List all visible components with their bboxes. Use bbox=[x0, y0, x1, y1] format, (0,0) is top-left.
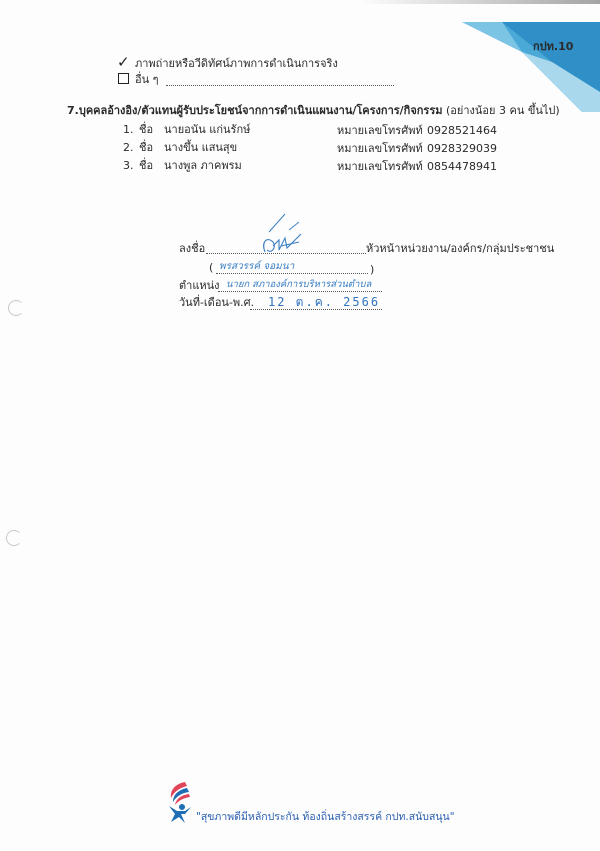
punch-hole bbox=[8, 300, 24, 316]
footer-slogan: "สุขภาพดีมีหลักประกัน ท้องถิ่นสร้างสรรค์… bbox=[196, 808, 455, 825]
other-checkbox[interactable] bbox=[118, 73, 129, 84]
health-fund-logo-icon bbox=[165, 780, 193, 824]
signature-scribble bbox=[255, 212, 305, 257]
date-label: วันที่-เดือน-พ.ศ. bbox=[179, 296, 254, 310]
person-3-phone: 0854478941 bbox=[427, 160, 497, 174]
person-1-index: 1. bbox=[123, 123, 134, 137]
sign-label: ลงชื่อ bbox=[179, 242, 205, 256]
punch-hole bbox=[6, 530, 22, 546]
person-2-index: 2. bbox=[123, 141, 134, 155]
scan-edge-shadow bbox=[360, 0, 600, 4]
printed-name-handwritten: พรสวรรค์ จอมนา bbox=[219, 259, 294, 274]
person-2-phone: 0928329039 bbox=[427, 142, 497, 156]
person-3-name: นางพูล ภาคพรม bbox=[164, 159, 242, 173]
close-paren: ) bbox=[370, 263, 374, 277]
person-3-phone-label: หมายเลขโทรศัพท์ bbox=[337, 160, 423, 174]
corner-decoration bbox=[462, 22, 600, 112]
person-3-index: 3. bbox=[123, 159, 134, 173]
other-dotted-line bbox=[166, 85, 394, 86]
signer-role: หัวหน้าหน่วยงาน/องค์กร/กลุ่มประชาชน bbox=[366, 242, 554, 256]
person-2-name-label: ชื่อ bbox=[139, 141, 153, 155]
date-handwritten: 12 ต.ค. 2566 bbox=[268, 293, 380, 312]
position-handwritten: นายก สภาองค์การบริหารส่วนตำบล bbox=[226, 277, 371, 292]
section7-heading: 7.บุคคลอ้างอิง/ตัวแทนผู้รับประโยชน์จากกา… bbox=[67, 104, 443, 117]
person-2-phone-label: หมายเลขโทรศัพท์ bbox=[337, 142, 423, 156]
person-1-phone-label: หมายเลขโทรศัพท์ bbox=[337, 124, 423, 138]
checkmark-icon[interactable]: ✓ bbox=[117, 53, 130, 71]
section7-heading-row: 7.บุคคลอ้างอิง/ตัวแทนผู้รับประโยชน์จากกา… bbox=[67, 104, 560, 118]
section7-note: (อย่างน้อย 3 คน ขึ้นไป) bbox=[446, 104, 560, 117]
document-page: กปท.10 ✓ ภาพถ่ายหรือวีดิทัศน์ภาพการดำเนิ… bbox=[0, 0, 600, 851]
position-label: ตำแหน่ง bbox=[179, 279, 220, 293]
person-1-name: นายอนัน แก่นรักษ์ bbox=[164, 123, 250, 137]
person-1-phone: 0928521464 bbox=[427, 124, 497, 138]
open-paren: ( bbox=[209, 261, 213, 275]
evidence-photo-label: ภาพถ่ายหรือวีดิทัศน์ภาพการดำเนินการจริง bbox=[135, 57, 338, 71]
form-code: กปท.10 bbox=[533, 37, 573, 55]
person-1-name-label: ชื่อ bbox=[139, 123, 153, 137]
person-2-name: นางขึ้น แสนสุข bbox=[164, 141, 237, 155]
person-3-name-label: ชื่อ bbox=[139, 159, 153, 173]
evidence-other-label: อื่น ๆ bbox=[135, 73, 159, 87]
